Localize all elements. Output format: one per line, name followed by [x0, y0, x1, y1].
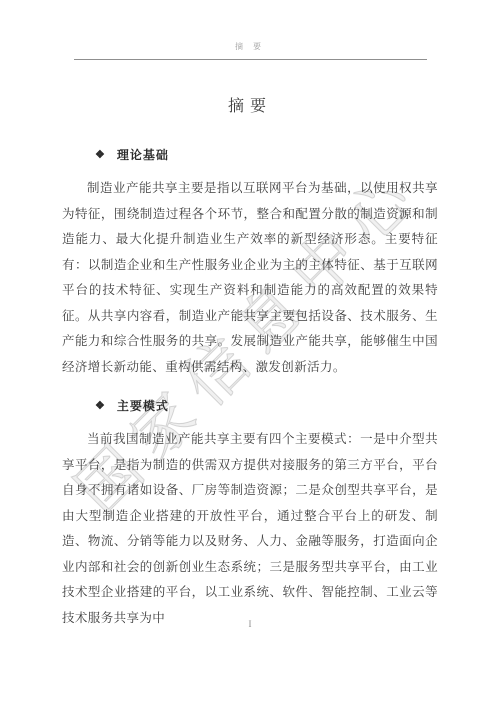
section-heading-label: 主要模式: [117, 399, 169, 413]
header-rule: [74, 59, 427, 60]
document-page: 摘 要 国家信息中心 摘要 ❖理论基础 制造业产能共享主要是指以互联网平台为基础…: [0, 0, 500, 707]
paragraph-modes: 当前我国制造业产能共享主要有四个主要模式：一是中介型共享平台，是指为制造的供需双…: [62, 427, 438, 631]
section-heading-label: 理论基础: [117, 148, 169, 162]
running-header: 摘 要: [0, 41, 500, 52]
document-body: ❖理论基础 制造业产能共享主要是指以互联网平台为基础，以使用权共享为特征，围绕制…: [62, 146, 438, 631]
section-heading-theory: ❖理论基础: [62, 146, 438, 163]
diamond-bullet-icon: ❖: [95, 400, 106, 412]
section-heading-modes: ❖主要模式: [62, 397, 438, 414]
page-title: 摘要: [0, 93, 500, 116]
paragraph-theory: 制造业产能共享主要是指以互联网平台为基础，以使用权共享为特征，围绕制造过程各个环…: [62, 176, 438, 380]
diamond-bullet-icon: ❖: [95, 149, 106, 161]
page-number: I: [0, 619, 500, 629]
